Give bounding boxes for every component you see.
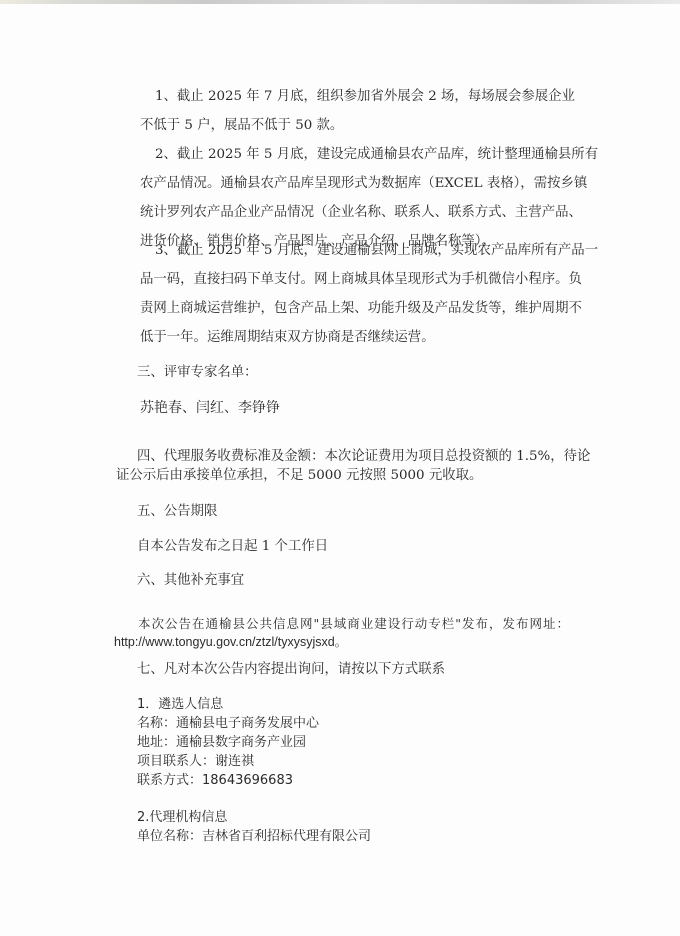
paragraph-line: 品一码，直接扫码下单支付。网上商城具体呈现形式为手机微信小程序。负 [140,271,573,289]
selector-contact-person: 项目联系人：谢连祺 [137,753,254,771]
paragraph-line: 2、截止 2025 年 5 月底，建设完成通榆县农产品库，统计整理通榆县所有 [155,146,573,164]
paragraph-line: 1、截止 2025 年 7 月底，组织参加省外展会 2 场，每场展会参展企业 [155,88,573,106]
selector-address: 地址：通榆县数字商务产业园 [137,734,306,752]
section-heading-period: 五、公告期限 [137,503,217,521]
agency-info-title: 2.代理机构信息 [137,809,227,827]
selector-phone: 联系方式：18643696683 [137,772,293,790]
paragraph-line: 3、截止 2025 年 5 月底，建设通榆县网上商城，实现农产品库所有产品一 [155,242,573,260]
publication-url[interactable]: http://www.tongyu.gov.cn/ztzl/tyxysyjsxd… [114,633,347,651]
selector-info-title: 1．遴选人信息 [137,696,223,714]
paragraph-line: 农产品情况。通榆县农产品库呈现形式为数据库（EXCEL 表格），需按乡镇 [140,175,573,193]
period-text: 自本公告发布之日起 1 个工作日 [137,538,328,556]
fee-paragraph-line: 四、代理服务收费标准及金额：本次论证费用为项目总投资额的 1.5%，待论 [137,448,573,466]
agency-name: 单位名称：吉林省百利招标代理有限公司 [137,828,371,846]
scan-edge [0,0,680,4]
expert-names: 苏艳春、闫红、李铮铮 [140,399,280,417]
selector-name: 名称：通榆县电子商务发展中心 [137,715,319,733]
paragraph-line: 责网上商城运营维护，包含产品上架、功能升级及产品发货等，维护周期不 [140,300,573,318]
section-heading-contact: 七、凡对本次公告内容提出询问，请按以下方式联系 [137,661,445,679]
section-heading-experts: 三、评审专家名单： [137,364,258,382]
paragraph-line: 统计罗列农产品企业产品情况（企业名称、联系人、联系方式、主营产品、 [140,204,573,222]
paragraph-line: 低于一年。运维周期结束双方协商是否继续运营。 [140,329,435,347]
fee-paragraph-line: 证公示后由承接单位承担，不足 5000 元按照 5000 元收取。 [116,467,482,485]
publication-notice: 本次公告在通榆县公共信息网"县域商业建设行动专栏"发布，发布网址： [138,615,570,633]
paragraph-line: 不低于 5 户，展品不低于 50 款。 [140,117,343,135]
section-heading-supplementary: 六、其他补充事宜 [137,572,244,590]
